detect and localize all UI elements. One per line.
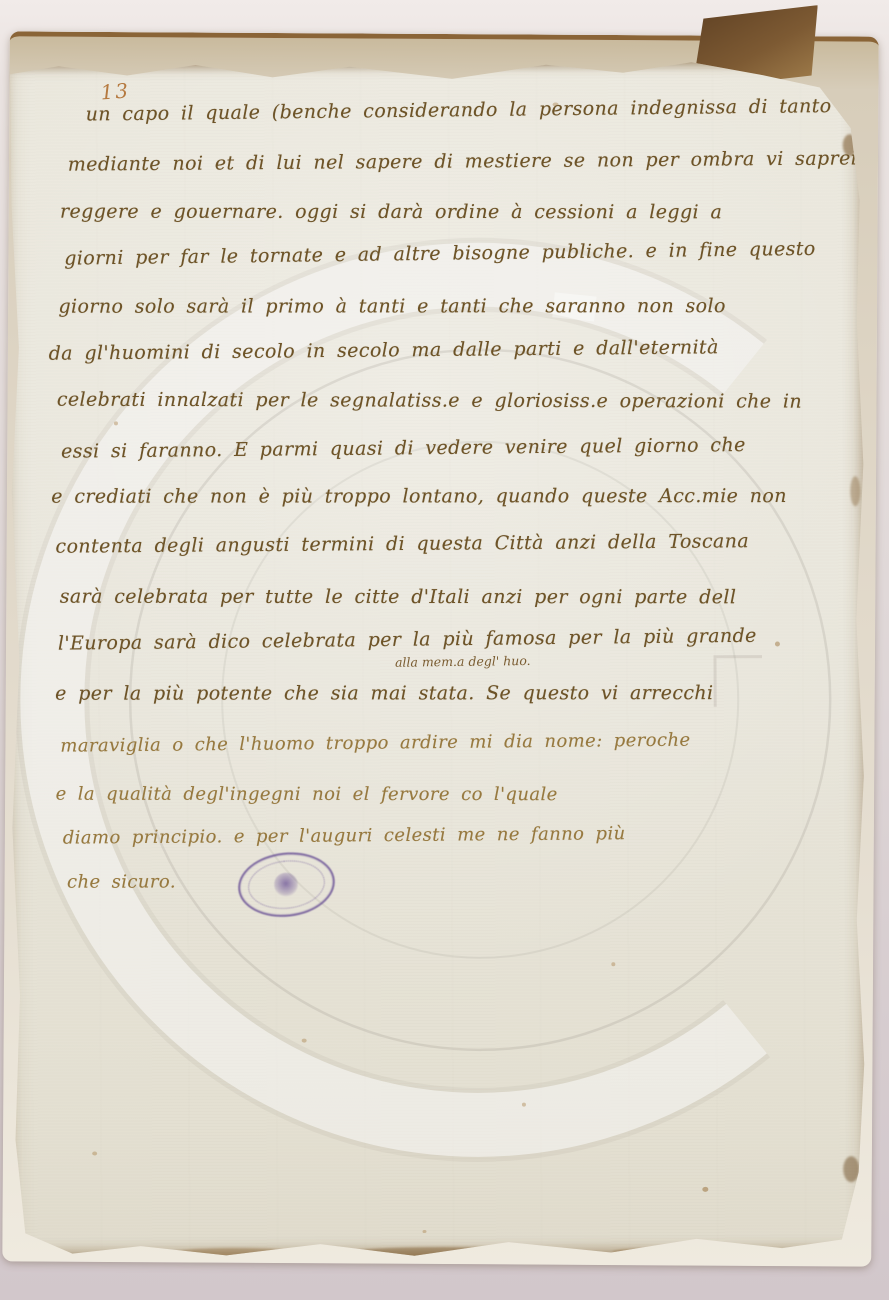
manuscript-line: diamo principio. e per l'auguri celesti …: [63, 825, 626, 847]
manuscript-line: un capo il quale (benche considerando la…: [86, 96, 889, 124]
manuscript-line: l'Europa sarà dico celebrata per la più …: [58, 627, 757, 654]
page-number: 13: [100, 78, 131, 104]
manuscript-line: da gl'huomini di secolo in secolo ma dal…: [49, 338, 719, 363]
manuscript-line: giorno solo sarà il primo à tanti e tant…: [58, 297, 725, 317]
paper-fleck: [522, 1103, 526, 1107]
manuscript-line: maraviglia o che l'huomo troppo ardire m…: [60, 732, 690, 756]
paper-fleck: [302, 1039, 307, 1043]
manuscript-line: e per la più potente che sia mai stata. …: [55, 684, 713, 704]
paper-fleck: [114, 421, 118, 425]
manuscript-line: sarà celebrata per tutte le citte d'Ital…: [60, 588, 737, 608]
library-ink-stamp: [235, 848, 338, 922]
paper-stain: [843, 1156, 859, 1182]
manuscript-page: 13 un capo il quale (benche considerando…: [7, 56, 867, 1260]
interlinear-insertion: alla mem.a degl' huo.: [395, 653, 531, 670]
manuscript-line: contenta degli angusti termini di questa…: [55, 532, 749, 556]
manuscript-line: essi si faranno. E parmi quasi di vedere…: [61, 436, 746, 462]
manuscript-line: che sicuro.: [67, 874, 176, 892]
photo-background: 13 un capo il quale (benche considerando…: [0, 0, 889, 1300]
paper-fleck: [422, 1230, 426, 1233]
paper-fleck: [702, 1187, 708, 1192]
paper-stain: [850, 476, 860, 506]
manuscript-line: e la qualità degl'ingegni noi el fervore…: [56, 786, 558, 804]
paper-fleck: [775, 642, 780, 647]
manuscript-line: mediante noi et di lui nel sapere di mes…: [68, 149, 857, 174]
manuscript-line: reggere e gouernare. oggi si darà ordine…: [60, 203, 722, 223]
manuscript-line: e crediati che non è più troppo lontano,…: [51, 487, 787, 507]
paper-fleck: [611, 962, 615, 966]
manuscript-line: celebrati innalzati per le segnalatiss.e…: [57, 391, 802, 412]
manuscript-line: giorni per far le tornate e ad altre bis…: [64, 240, 816, 269]
paper-fleck: [92, 1151, 97, 1155]
